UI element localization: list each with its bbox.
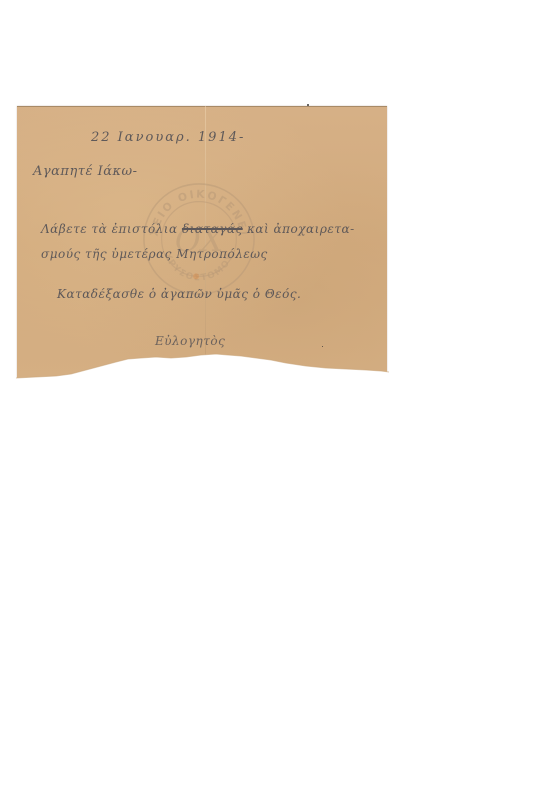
torn-bottom-edge	[16, 350, 389, 382]
paper-note: ΑΡΧΕΙΟ ΟΙΚΟΓΕΝΕΙΑΣ ΧΡΥΣΟΣΤΟΜΟΥ ΟΧ 22 Ιαν…	[17, 106, 387, 380]
body-line-1: Λάβετε τὰ ἐπιστόλια διαταγάς καὶ ἀποχαιρ…	[41, 222, 355, 236]
signature: Εὐλογητὸς	[155, 334, 225, 348]
ink-speck	[307, 104, 309, 106]
struck-word: διαταγάς	[182, 222, 243, 236]
scan-page: ΑΡΧΕΙΟ ΟΙΚΟΓΕΝΕΙΑΣ ΧΡΥΣΟΣΤΟΜΟΥ ΟΧ 22 Ιαν…	[0, 0, 549, 800]
archive-stamp-icon: ΑΡΧΕΙΟ ΟΙΚΟΓΕΝΕΙΑΣ ΧΡΥΣΟΣΤΟΜΟΥ ΟΧ	[140, 180, 258, 298]
paper-top-edge	[17, 106, 387, 107]
body-line-1-prefix: Λάβετε τὰ ἐπιστόλια	[41, 222, 178, 236]
ink-speck	[322, 346, 323, 347]
blessing-line: Καταδέξασθε ὁ ἀγαπῶν ὑμᾶς ὁ Θεός.	[57, 287, 301, 301]
body-line-2: σμούς τῆς ὑμετέρας Μητροπόλεως	[41, 247, 268, 261]
date-line: 22 Ιανουαρ. 1914-	[91, 130, 245, 145]
body-line-1-suffix: καὶ ἀποχαιρετα-	[247, 222, 355, 236]
salutation: Αγαπητέ Ιάκω-	[33, 164, 138, 179]
